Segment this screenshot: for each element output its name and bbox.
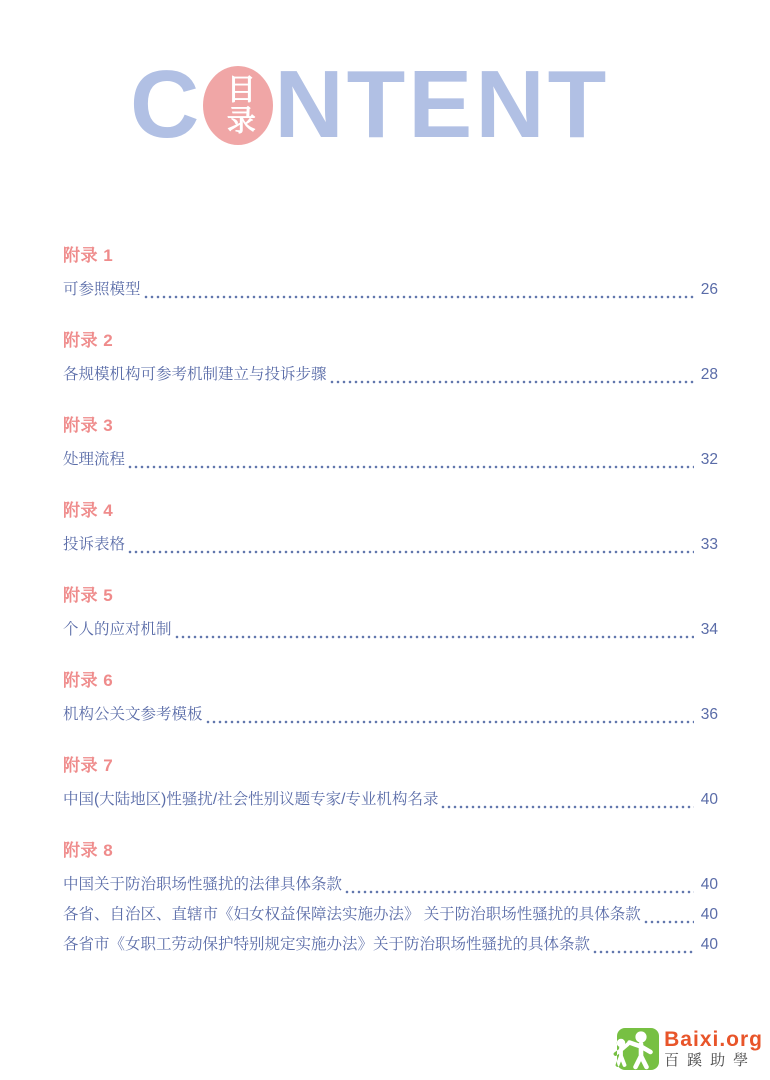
section-header: 附录 1 <box>63 245 718 267</box>
section-header: 附录 7 <box>63 755 718 777</box>
toc-circle-label: 目录 <box>224 74 253 136</box>
entry-page-number: 40 <box>696 785 718 815</box>
toc-entry-link[interactable]: 中国关于防治职场性骚扰的法律具体条款 40 <box>63 870 718 900</box>
toc-section: 附录 2 各规模机构可参考机制建立与投诉步骤 28 <box>63 330 718 390</box>
entry-text: 各省、自治区、直辖市《妇女权益保障法实施办法》 关于防治职场性骚扰的具体条款 <box>63 900 641 930</box>
logo-name: Baixi.org <box>664 1028 763 1051</box>
toc-entry-link[interactable]: 个人的应对机制 34 <box>63 615 718 645</box>
entry-text: 机构公关文参考模板 <box>63 700 203 730</box>
entry-page-number: 28 <box>696 360 718 390</box>
logo-text: Baixi.org 百蹊助學 <box>664 1028 763 1071</box>
entry-text: 可参照模型 <box>63 275 141 305</box>
entry-page-number: 33 <box>696 530 718 560</box>
toc-section: 附录 8 中国关于防治职场性骚扰的法律具体条款 40 各省、自治区、直辖市《妇女… <box>63 840 718 960</box>
toc-list: 附录 1 可参照模型 26 附录 2 各规模机构可参考机制建立与投诉步骤 28 … <box>63 245 718 985</box>
entry-page-number: 40 <box>696 930 718 960</box>
section-entries: 中国(大陆地区)性骚扰/社会性别议题专家/专业机构名录 40 <box>63 785 718 815</box>
entry-page-number: 40 <box>696 900 718 930</box>
baixi-logo: Baixi.org 百蹊助學 <box>612 1027 763 1072</box>
dotted-leader <box>344 870 694 900</box>
entry-text: 中国关于防治职场性骚扰的法律具体条款 <box>63 870 342 900</box>
entry-text: 个人的应对机制 <box>63 615 172 645</box>
section-entries: 可参照模型 26 <box>63 275 718 305</box>
logo-chinese-name: 百蹊助學 <box>664 1051 763 1071</box>
section-header: 附录 3 <box>63 415 718 437</box>
section-entries: 处理流程 32 <box>63 445 718 475</box>
section-header: 附录 8 <box>63 840 718 862</box>
toc-section: 附录 7 中国(大陆地区)性骚扰/社会性别议题专家/专业机构名录 40 <box>63 755 718 815</box>
section-entries: 个人的应对机制 34 <box>63 615 718 645</box>
title-letter-c: C <box>130 62 202 148</box>
dotted-leader <box>329 360 694 390</box>
title-letters-ntent: NTENT <box>274 62 609 148</box>
entry-page-number: 34 <box>696 615 718 645</box>
dotted-leader <box>440 785 694 815</box>
dotted-leader <box>205 700 694 730</box>
toc-entry-link[interactable]: 投诉表格 33 <box>63 530 718 560</box>
section-header: 附录 6 <box>63 670 718 692</box>
dotted-leader <box>643 900 694 930</box>
section-header: 附录 2 <box>63 330 718 352</box>
dotted-leader <box>127 530 694 560</box>
dotted-leader <box>174 615 694 645</box>
entry-page-number: 40 <box>696 870 718 900</box>
adult-child-figures-icon <box>612 1027 659 1072</box>
toc-entry-link[interactable]: 中国(大陆地区)性骚扰/社会性别议题专家/专业机构名录 40 <box>63 785 718 815</box>
toc-entry-link[interactable]: 处理流程 32 <box>63 445 718 475</box>
toc-entry-link[interactable]: 各省、自治区、直辖市《妇女权益保障法实施办法》 关于防治职场性骚扰的具体条款 4… <box>63 900 718 930</box>
section-entries: 中国关于防治职场性骚扰的法律具体条款 40 各省、自治区、直辖市《妇女权益保障法… <box>63 870 718 960</box>
section-header: 附录 5 <box>63 585 718 607</box>
section-entries: 各规模机构可参考机制建立与投诉步骤 28 <box>63 360 718 390</box>
toc-circle-badge: 目录 <box>203 66 273 145</box>
page-title: C 目录 NTENT <box>130 62 609 148</box>
dotted-leader <box>592 930 694 960</box>
toc-section: 附录 4 投诉表格 33 <box>63 500 718 560</box>
toc-entry-link[interactable]: 各省市《女职工劳动保护特别规定实施办法》关于防治职场性骚扰的具体条款 40 <box>63 930 718 960</box>
toc-entry-link[interactable]: 机构公关文参考模板 36 <box>63 700 718 730</box>
toc-section: 附录 1 可参照模型 26 <box>63 245 718 305</box>
toc-entry-link[interactable]: 各规模机构可参考机制建立与投诉步骤 28 <box>63 360 718 390</box>
section-entries: 投诉表格 33 <box>63 530 718 560</box>
entry-text: 各规模机构可参考机制建立与投诉步骤 <box>63 360 327 390</box>
toc-section: 附录 5 个人的应对机制 34 <box>63 585 718 645</box>
entry-text: 中国(大陆地区)性骚扰/社会性别议题专家/专业机构名录 <box>63 785 438 815</box>
dotted-leader <box>127 445 694 475</box>
section-header: 附录 4 <box>63 500 718 522</box>
entry-text: 处理流程 <box>63 445 125 475</box>
dotted-leader <box>143 275 694 305</box>
entry-page-number: 26 <box>696 275 718 305</box>
toc-section: 附录 6 机构公关文参考模板 36 <box>63 670 718 730</box>
toc-entry-link[interactable]: 可参照模型 26 <box>63 275 718 305</box>
toc-section: 附录 3 处理流程 32 <box>63 415 718 475</box>
entry-text: 投诉表格 <box>63 530 125 560</box>
entry-text: 各省市《女职工劳动保护特别规定实施办法》关于防治职场性骚扰的具体条款 <box>63 930 590 960</box>
entry-page-number: 36 <box>696 700 718 730</box>
entry-page-number: 32 <box>696 445 718 475</box>
section-entries: 机构公关文参考模板 36 <box>63 700 718 730</box>
